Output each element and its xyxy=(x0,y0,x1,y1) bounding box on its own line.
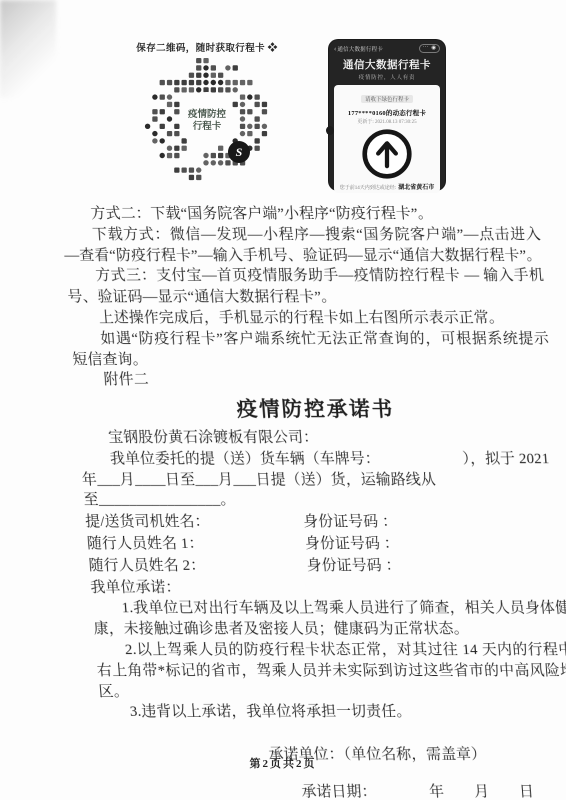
card-result-label: 您于前14天内到达或途经: xyxy=(340,184,396,191)
capsule-dot-icon: ◉ xyxy=(431,45,436,52)
qr-caption: 保存二维码，随时获取行程卡 ❖ xyxy=(121,40,293,54)
chevron-left-icon: ‹ xyxy=(334,46,336,52)
miniprogram-capsule: ⋯ ◉ xyxy=(419,44,440,53)
promise-item-1: 1.我单位已对出行车辆及以上驾乘人员进行了筛查，相关人员身体健康，未接触过确诊患… xyxy=(91,598,566,640)
figures-row: 保存二维码，随时获取行程卡 ❖ 疫情防控 行程卡 S ‹ 通信大数据行程卡 ⋯ … xyxy=(0,40,566,200)
qr-code-graphic: 疫情防控 行程卡 S xyxy=(143,56,271,184)
phone-screenshot: ‹ 通信大数据行程卡 ⋯ ◉ 通信大数据行程卡 疫情防控，人人有责 请收下绿色行… xyxy=(329,40,445,190)
form-row-companion-1: 随行人员姓名 1： 身份证号码 ： xyxy=(86,534,566,555)
companion1-id-label: 身份证号码 ： xyxy=(304,534,400,555)
form-row-driver: 提/送货司机姓名： 身份证号码 ： xyxy=(85,512,565,533)
phone-title: 通信大数据行程卡 xyxy=(333,57,441,72)
promise-item-2: 2.以上驾乘人员的防疫行程卡状态正常，对其过往 14 天内的行程中右上角带*标记… xyxy=(95,640,566,702)
promise-item-3: 3.违背以上承诺，我单位将承担一切责任。 xyxy=(100,702,566,723)
itinerary-card: 请收下绿色行程卡 177****0160的动态行程卡 更新于: 2021.08.… xyxy=(334,85,440,193)
phone-navbar-title: 通信大数据行程卡 xyxy=(337,45,383,53)
scanned-document-page: 保存二维码，随时获取行程卡 ❖ 疫情防控 行程卡 S ‹ 通信大数据行程卡 ⋯ … xyxy=(0,0,566,800)
qr-center-circle xyxy=(179,92,235,148)
qr-center-label-top: 疫情防控 xyxy=(187,108,227,120)
companion1-name-label: 随行人员姓名 1： xyxy=(86,534,306,555)
phone-navbar: ‹ 通信大数据行程卡 ⋯ ◉ xyxy=(333,43,441,53)
qr-center-label-bottom: 行程卡 xyxy=(193,120,222,132)
paragraph-done: 上述操作完成后，手机显示的行程卡如上右图所示表示正常。 xyxy=(68,308,548,329)
company-line: 宝钢股份黄石涂镀板有限公司： xyxy=(78,428,558,449)
card-result-value: 湖北省黄石市 xyxy=(398,182,434,191)
qr-figure: 保存二维码，随时获取行程卡 ❖ 疫情防控 行程卡 S xyxy=(121,40,293,189)
card-result-row: 您于前14天内到达或途经: 湖北省黄石市 xyxy=(336,182,438,191)
paragraph-download: 下载方式：微信—发现—小程序—搜索“国务院客户端”—点击进入—查看“防疫行程卡”… xyxy=(62,225,543,267)
more-icon: ⋯ xyxy=(423,45,429,52)
driver-id-label: 身份证号码 ： xyxy=(303,512,399,533)
card-tip: 请收下绿色行程卡 xyxy=(361,95,413,103)
phone-side-button xyxy=(326,126,334,135)
arrow-up-icon xyxy=(361,128,413,180)
attachment-label: 附件二 xyxy=(73,370,553,391)
intro-paragraph: 我单位委托的提（送）货车辆（车牌号： ），拟于 2021 年___月____日至… xyxy=(80,449,563,511)
form-row-companion-2: 随行人员姓名 2： 身份证号码 ： xyxy=(88,556,566,577)
paragraph-busy: 如遇“防疫行程卡”客户端系统忙无法正常查询的，可根据系统提示短信查询。 xyxy=(70,329,551,371)
card-updated-time: 更新于: 2021.08.13 07:30:25 xyxy=(336,118,438,125)
paragraph-method3: 方式三：支付宝—首页疫情服务助手—疫情防控行程卡 — 输入手机号、验证码—显示“… xyxy=(65,266,546,308)
page-footer: 第2页共2页 xyxy=(0,755,566,771)
sign-date-line: 承诺日期： 年 月 日 xyxy=(301,782,566,800)
document-body: 方式二：下载“国务院客户端”小程序“防疫行程卡”。 下载方式：微信—发现—小程序… xyxy=(0,200,566,800)
scan-smudge-artifact xyxy=(0,0,56,98)
wechat-mini-logo-icon: S xyxy=(236,145,243,159)
promise-heading: 我单位承诺： xyxy=(90,578,566,599)
phone-subtitle: 疫情防控，人人有责 xyxy=(333,73,441,81)
card-phone-number: 177****0160的动态行程卡 xyxy=(336,108,438,117)
document-title: 疫情防控承诺书 xyxy=(76,400,556,421)
companion2-name-label: 随行人员姓名 2： xyxy=(88,556,308,577)
driver-name-label: 提/送货司机姓名： xyxy=(85,512,305,533)
paragraph-method2: 方式二：下载“国务院客户端”小程序“防疫行程卡”。 xyxy=(60,204,540,225)
phone-navbar-left: ‹ 通信大数据行程卡 xyxy=(334,45,383,53)
companion2-id-label: 身份证号码 ： xyxy=(306,556,402,577)
